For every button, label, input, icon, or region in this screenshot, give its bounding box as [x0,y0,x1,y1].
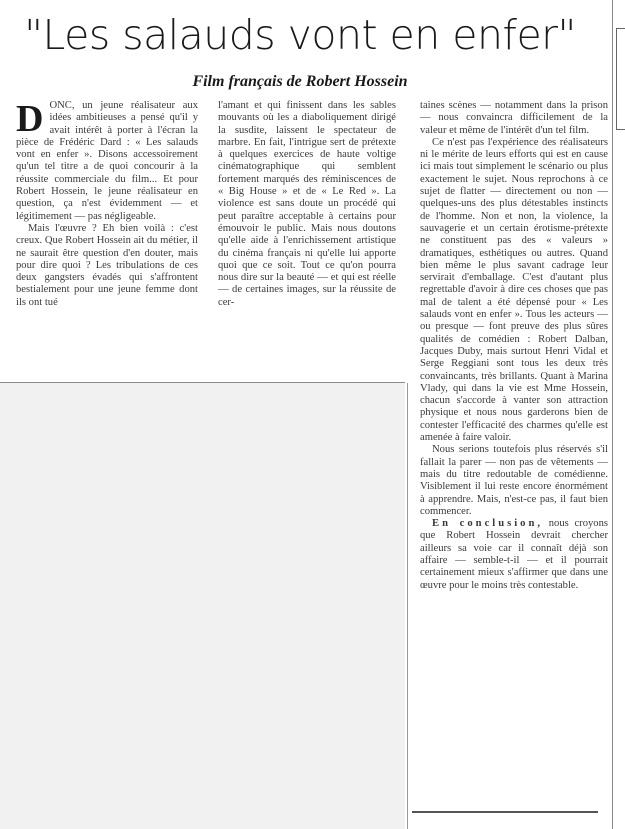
drop-cap: D [16,102,43,136]
paragraph: Mais l'œuvre ? Eh bien voilà : c'est cre… [16,223,198,309]
blank-clipping-area [0,382,405,829]
article-column-2: l'amant et qui finissent dans les sables… [218,100,396,309]
paragraph: Nous serions toutefois plus réservés s'i… [420,444,608,518]
paragraph: l'amant et qui finissent dans les sables… [218,100,396,309]
page-edge-rule [612,0,613,829]
paragraph: En conclusion, nous croyons que Robert H… [420,518,608,592]
article-headline: "Les salauds vont en enfer" [0,10,600,60]
conclusion-lead: En conclusion, [432,518,543,529]
article-column-1: D ONC, un jeune réalisateur aux idées am… [16,100,198,309]
article-end-rule [412,811,598,813]
article-subheadline: Film français de Robert Hossein [0,73,600,91]
article-column-3: taines scènes — notamment dans la prison… [420,100,608,592]
adjacent-article-box [616,28,625,130]
paragraph: taines scènes — notamment dans la prison… [420,100,608,137]
paragraph: Ce n'est pas l'expérience des réalisateu… [420,137,608,444]
column-divider [407,383,408,829]
